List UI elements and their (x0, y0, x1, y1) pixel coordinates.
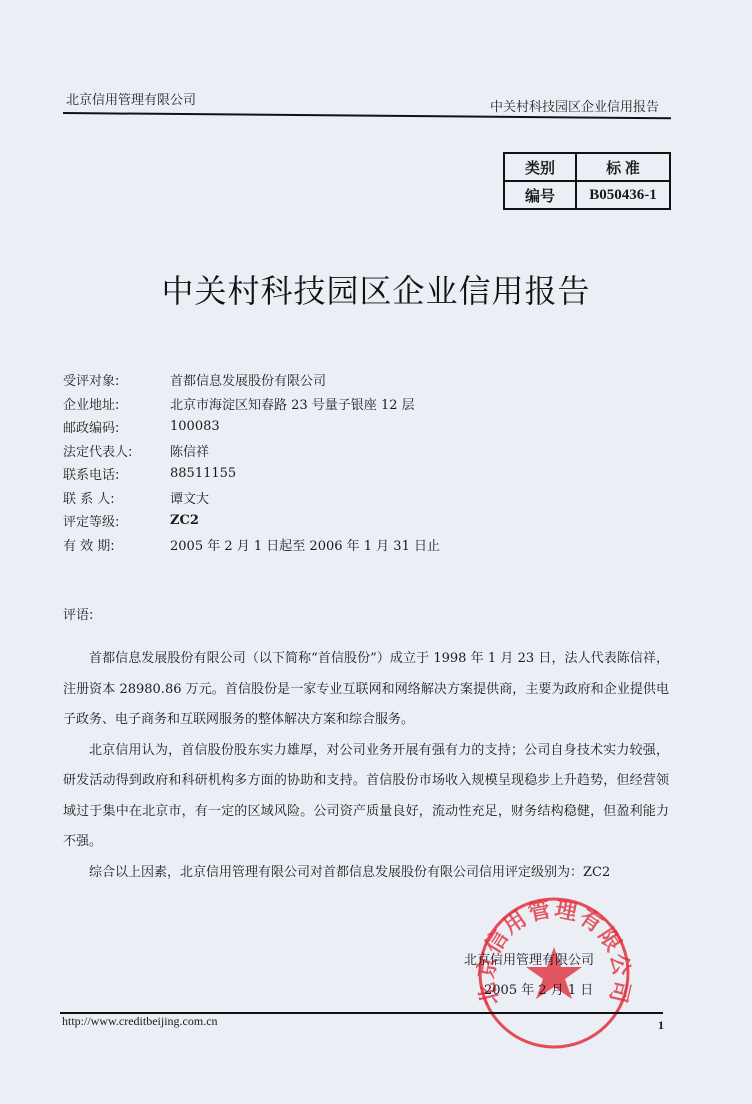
info-row: 联 系 人:谭文大 (63, 486, 440, 510)
classification-key: 编号 (504, 181, 576, 209)
info-row: 受评对象:首都信息发展股份有限公司 (63, 368, 440, 392)
remarks-paragraph: 综合以上因素，北京信用管理有限公司对首都信息发展股份有限公司信用评定级别为：ZC… (63, 858, 669, 889)
footer-url[interactable]: http://www.creditbeijing.com.cn (62, 1014, 218, 1029)
signature-block: 北京信用管理有限公司 2005 年 2 月 1 日 (464, 946, 594, 1006)
remarks-label: 评语: (63, 604, 93, 623)
classification-table: 类别 标 准 编号 B050436-1 (503, 152, 671, 210)
info-value: 谭文大 (170, 488, 209, 507)
remarks-paragraph: 北京信用认为，首信股份股东实力雄厚，对公司业务开展有强有力的支持；公司自身技术实… (63, 736, 669, 858)
info-label: 评定等级: (63, 511, 170, 530)
info-value: 88511155 (170, 466, 236, 481)
header-report-name: 中关村科技园区企业信用报告 (490, 96, 659, 115)
info-label: 有 效 期: (63, 535, 170, 554)
info-row: 评定等级:ZC2 (63, 509, 440, 533)
info-label: 联系电话: (63, 464, 170, 483)
classification-row: 编号 B050436-1 (504, 181, 670, 209)
info-row: 邮政编码:100083 (63, 415, 440, 439)
info-row: 法定代表人:陈信祥 (63, 439, 440, 463)
info-label: 邮政编码: (63, 417, 170, 436)
info-value: 2005 年 2 月 1 日起至 2006 年 1 月 31 日止 (170, 535, 440, 554)
classification-value: B050436-1 (576, 181, 670, 209)
document-title: 中关村科技园区企业信用报告 (0, 266, 752, 312)
signature-date: 2005 年 2 月 1 日 (464, 976, 594, 1006)
header-company: 北京信用管理有限公司 (66, 89, 196, 108)
classification-key: 类别 (504, 153, 576, 181)
company-info: 受评对象:首都信息发展股份有限公司 企业地址:北京市海淀区知春路 23 号量子银… (63, 368, 440, 556)
info-label: 法定代表人: (63, 441, 170, 460)
signature-company: 北京信用管理有限公司 (464, 946, 594, 976)
info-value: 北京市海淀区知春路 23 号量子银座 12 层 (170, 394, 415, 413)
info-label: 联 系 人: (63, 488, 170, 507)
info-value: 陈信祥 (170, 441, 209, 460)
remarks-paragraph: 首都信息发展股份有限公司（以下简称“首信股份”）成立于 1998 年 1 月 2… (63, 644, 669, 736)
info-label: 企业地址: (63, 394, 170, 413)
page-number: 1 (658, 1018, 664, 1033)
classification-row: 类别 标 准 (504, 153, 670, 181)
rating-value: ZC2 (170, 513, 199, 528)
info-row: 有 效 期:2005 年 2 月 1 日起至 2006 年 1 月 31 日止 (63, 533, 440, 557)
info-row: 企业地址:北京市海淀区知春路 23 号量子银座 12 层 (63, 392, 440, 416)
info-value: 100083 (170, 419, 220, 434)
info-value: 首都信息发展股份有限公司 (170, 370, 326, 389)
info-label: 受评对象: (63, 370, 170, 389)
classification-value: 标 准 (576, 153, 670, 181)
info-row: 联系电话:88511155 (63, 462, 440, 486)
remarks-body: 首都信息发展股份有限公司（以下简称“首信股份”）成立于 1998 年 1 月 2… (63, 644, 669, 888)
